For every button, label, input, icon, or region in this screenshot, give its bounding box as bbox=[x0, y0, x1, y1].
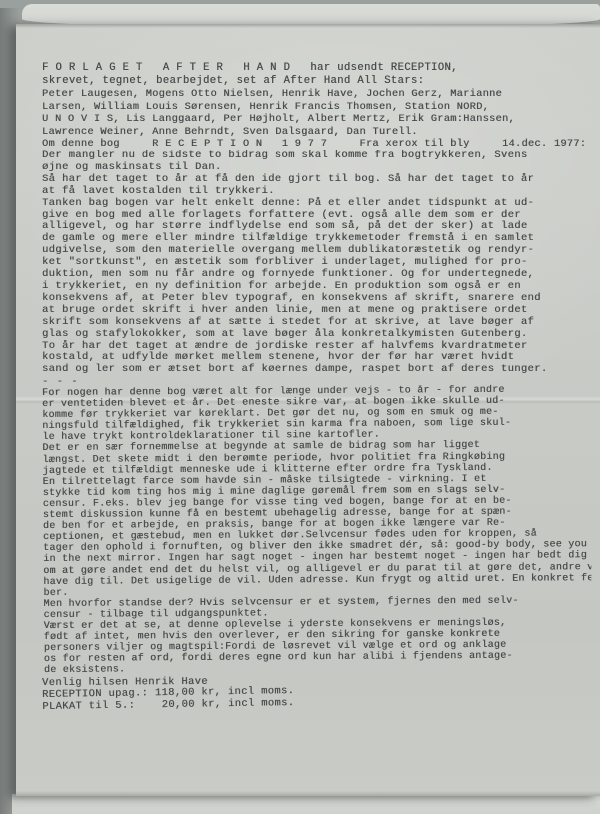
folded-sheet-bottom-edge bbox=[12, 794, 600, 814]
publisher-header: F O R L A G E T A F T E R H A N D har ud… bbox=[42, 62, 590, 88]
body-paragraph-2: For nogen har denne bog været alt for læ… bbox=[42, 384, 592, 676]
paper-top-shadow bbox=[16, 24, 600, 28]
authors-list: Peter Laugesen, Mogens Otto Nielsen, Hen… bbox=[42, 88, 590, 138]
meta-line: Om denne bog R E C E P T I O N 1 9 7 7 F… bbox=[42, 138, 590, 150]
paper-bottom-shadow bbox=[16, 791, 600, 796]
body-paragraph-1: Der mangler nu de sidste to bidrag som s… bbox=[42, 150, 590, 376]
typewritten-text: F O R L A G E T A F T E R H A N D har ud… bbox=[42, 62, 590, 713]
